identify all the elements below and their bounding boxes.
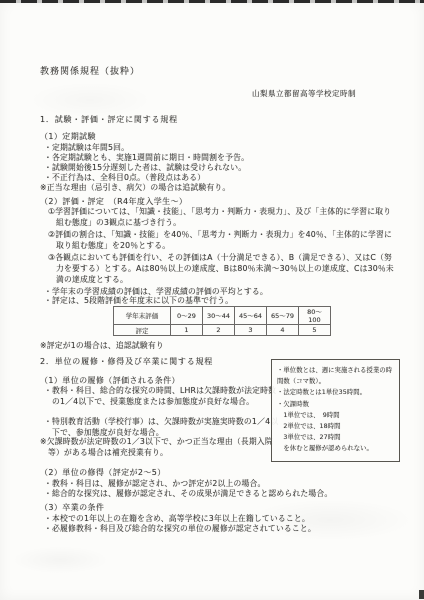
table-header-cell: 80～100 xyxy=(299,307,331,325)
table-cell: 2 xyxy=(203,325,235,336)
note-box-line: ・法定時数とは1単位35時間。 xyxy=(277,387,395,398)
table-cell: 5 xyxy=(299,325,331,336)
note-box-line: 2単位では、18時間 xyxy=(277,421,395,432)
table-cell: 評定 xyxy=(114,325,171,336)
scan-corner-artifact xyxy=(419,590,424,599)
table-header-cell: 0～29 xyxy=(171,307,203,325)
scanned-document-page: 教務関係規程（抜粋） 山梨県立都留高等学校定時制 1．試験・評価・評定に関する規… xyxy=(0,0,424,600)
table-header-cell: 65～79 xyxy=(267,307,299,325)
note-line: ※正当な理由（忌引き、病欠）の場合は追試験有り。 xyxy=(40,182,230,193)
section2-heading: 2．単位の履修・修得及び卒業に関する規程 xyxy=(40,356,213,367)
list-item: ・必履修教科・科目及び総合的な探究の単位の履修が認定されていること。 xyxy=(44,523,316,534)
definitions-note-box: ・単位数とは、週に実施される授業の時間数（コマ数）。 ・法定時数とは1単位35時… xyxy=(271,359,400,462)
note-box-line: 1単位では、 9時間 xyxy=(277,410,395,421)
note-box-line: を休むと履修が認められない。 xyxy=(277,443,395,454)
rishu-heading: （1）単位の履修（評価される条件） xyxy=(40,375,180,386)
grade-table: 学年末評価 0～29 30～44 45～64 65～79 80～100 評定 1… xyxy=(113,306,331,336)
table-cell: 3 xyxy=(235,325,267,336)
table-row: 評定 1 2 3 4 5 xyxy=(114,325,331,336)
table-header-cell: 30～44 xyxy=(203,307,235,325)
note-line: ※評定が1の場合は、追認試験有り xyxy=(40,340,164,351)
table-header-cell: 学年末評価 xyxy=(114,307,171,325)
school-name: 山梨県立都留高等学校定時制 xyxy=(252,88,356,99)
shutoku-heading: （2）単位の修得（評定が2～5） xyxy=(40,467,166,478)
table-row: 学年末評価 0～29 30～44 45～64 65～79 80～100 xyxy=(114,307,331,325)
note-box-line: ・単位数とは、週に実施される授業の時間数（コマ数）。 xyxy=(277,365,395,387)
list-item: ③各観点においても評価を行い、その評価はA（十分満足できる）、B（満足できる）、… xyxy=(48,252,394,285)
list-item: ②評価の割合は、「知識・技能」を40％、「思考力・判断力・表現力」を40％、「主… xyxy=(48,229,394,251)
note-line: ※欠課時数が法定時数の1／3以下で、かつ正当な理由（長期入院等）がある場合は補充… xyxy=(40,437,280,458)
teiki-heading: （1）定期試験 xyxy=(40,131,96,142)
list-item: ・特別教育活動（学校行事）は、欠課時数が実施実時数の1／4以下で、参加態度が良好… xyxy=(44,417,280,438)
list-item: ①学習評価については、「知識・技能」、「思考力・判断力・表現力」、及び「主体的に… xyxy=(48,206,394,228)
table-cell: 1 xyxy=(171,325,203,336)
note-box-line: 3単位では、27時間 xyxy=(277,432,395,443)
scan-edge-artifact xyxy=(0,0,424,3)
list-item: ・教科・科目、総合的な探究の時間、LHRは欠課時数が法定時数の1／4以下で、授業… xyxy=(44,386,280,407)
note-box-line: ・欠課時数 xyxy=(277,399,395,410)
table-header-cell: 45～64 xyxy=(235,307,267,325)
doc-title: 教務関係規程（抜粋） xyxy=(40,64,140,77)
sotsugyo-heading: （3）卒業の条件 xyxy=(40,502,104,513)
list-item: ・総合的な探究は、履修が認定され、その成果が満足できると認められた場合。 xyxy=(44,488,332,499)
list-item: ・評定は、5段階評価を年度末に以下の基準で行う。 xyxy=(44,295,233,306)
section1-heading: 1．試験・評価・評定に関する規程 xyxy=(40,114,178,125)
table-cell: 4 xyxy=(267,325,299,336)
